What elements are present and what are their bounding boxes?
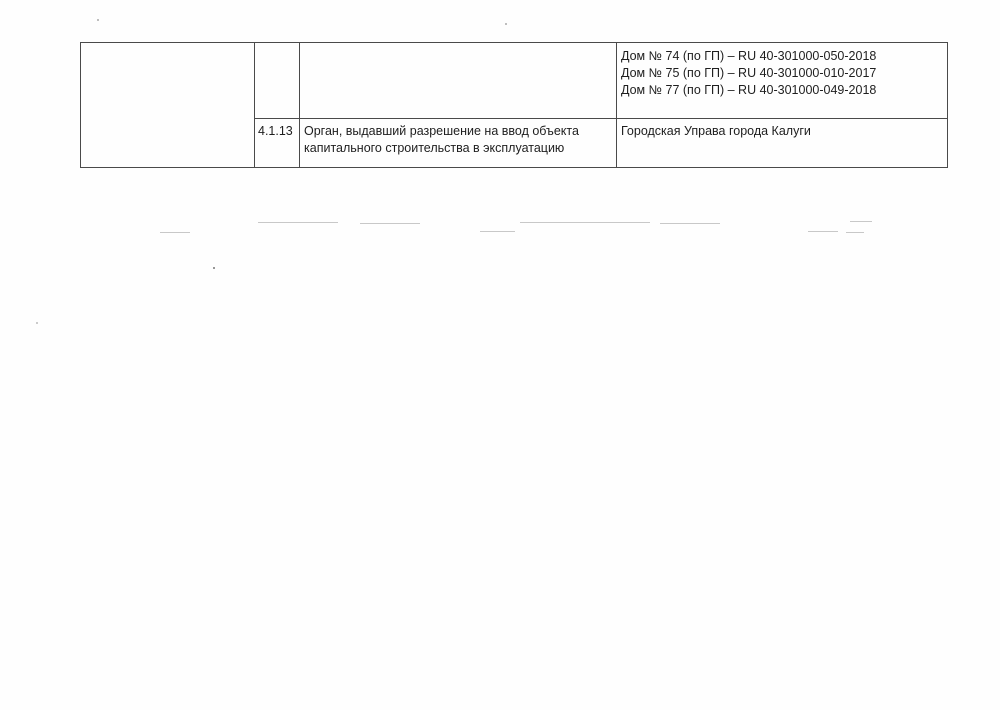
permit-line-house-77: Дом № 77 (по ГП) – RU 40-301000-049-2018: [621, 82, 943, 99]
item-label-cell: [300, 43, 617, 119]
scan-artifact: [520, 222, 650, 223]
scan-artifact: [846, 232, 864, 233]
permit-info-table: Дом № 74 (по ГП) – RU 40-301000-050-2018…: [80, 42, 948, 168]
permit-line-house-74: Дом № 74 (по ГП) – RU 40-301000-050-2018: [621, 48, 943, 65]
item-number-cell: 4.1.13: [255, 119, 300, 168]
label-line-2: капитального строительства в эксплуатаци…: [304, 140, 612, 157]
scan-artifact: [258, 222, 338, 223]
scan-artifact: [480, 231, 515, 232]
permit-line-house-75: Дом № 75 (по ГП) – RU 40-301000-010-2017: [621, 65, 943, 82]
scan-artifact: [660, 223, 720, 224]
permit-numbers-cell: Дом № 74 (по ГП) – RU 40-301000-050-2018…: [617, 43, 948, 119]
scan-speck: [36, 322, 38, 324]
item-label-cell: Орган, выдавший разрешение на ввод объек…: [300, 119, 617, 168]
scanned-document-page: Дом № 74 (по ГП) – RU 40-301000-050-2018…: [0, 0, 1000, 710]
scan-artifact: [160, 232, 190, 233]
scan-artifact: [850, 221, 872, 222]
scan-speck: [213, 267, 215, 269]
scan-speck: [505, 23, 507, 25]
section-cell: [81, 43, 255, 168]
label-line-1: Орган, выдавший разрешение на ввод объек…: [304, 123, 612, 140]
scan-artifact: [808, 231, 838, 232]
item-number-cell: [255, 43, 300, 119]
issuing-authority-cell: Городская Управа города Калуги: [617, 119, 948, 168]
scan-artifact: [360, 223, 420, 224]
table-row: Дом № 74 (по ГП) – RU 40-301000-050-2018…: [81, 43, 948, 119]
scan-speck: [97, 19, 99, 21]
